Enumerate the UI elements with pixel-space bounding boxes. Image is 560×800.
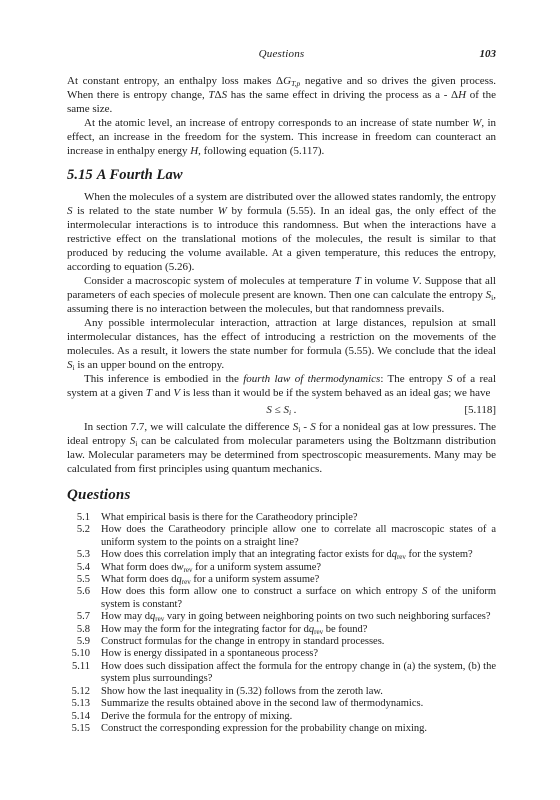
question-text: How may the form for the integrating fac…	[101, 624, 496, 636]
question-number: 5.15	[67, 723, 90, 735]
question-item: 5.10How is energy dissipated in a sponta…	[67, 648, 496, 660]
question-text: Derive the formula for the entropy of mi…	[101, 711, 496, 723]
question-number: 5.3	[67, 549, 90, 561]
book-page: Questions 103 At constant entropy, an en…	[0, 0, 560, 800]
questions-list: 5.1What empirical basis is there for the…	[67, 512, 496, 735]
question-text: How does such dissipation affect the for…	[101, 661, 496, 686]
section-paragraph-1: When the molecules of a system are distr…	[67, 190, 496, 274]
question-item: 5.12Show how the last inequality in (5.3…	[67, 686, 496, 698]
question-number: 5.6	[67, 586, 90, 598]
question-text: Construct formulas for the change in ent…	[101, 636, 496, 648]
question-number: 5.13	[67, 698, 90, 710]
section-closing-paragraph: In section 7.7, we will calculate the di…	[67, 420, 496, 476]
question-item: 5.15Construct the corresponding expressi…	[67, 723, 496, 735]
question-text: Show how the last inequality in (5.32) f…	[101, 686, 496, 698]
question-item: 5.4What form does dwrev for a uniform sy…	[67, 562, 496, 574]
question-item: 5.8How may the form for the integrating …	[67, 624, 496, 636]
equation-body: S ≤ Si .	[266, 404, 296, 416]
question-text: Summarize the results obtained above in …	[101, 698, 496, 710]
intro-paragraph-1: At constant entropy, an enthalpy loss ma…	[67, 74, 496, 116]
question-item: 5.3How does this correlation imply that …	[67, 549, 496, 561]
question-number: 5.9	[67, 636, 90, 648]
running-title: Questions	[259, 48, 305, 61]
question-text: How does this correlation imply that an …	[101, 549, 496, 561]
question-item: 5.1What empirical basis is there for the…	[67, 512, 496, 524]
question-number: 5.4	[67, 562, 90, 574]
question-number: 5.7	[67, 611, 90, 623]
equation-number: [5.118]	[464, 403, 496, 417]
section-paragraph-2: Consider a macroscopic system of molecul…	[67, 274, 496, 316]
section-paragraph-4: This inference is embodied in the fourth…	[67, 372, 496, 400]
question-text: How is energy dissipated in a spontaneou…	[101, 648, 496, 660]
page-number: 103	[304, 48, 496, 61]
question-text: What form does dqrev for a uniform syste…	[101, 574, 496, 586]
running-header: Questions 103	[67, 48, 496, 61]
question-item: 5.14Derive the formula for the entropy o…	[67, 711, 496, 723]
question-number: 5.8	[67, 624, 90, 636]
question-item: 5.11How does such dissipation affect the…	[67, 661, 496, 686]
question-item: 5.7How may dqrev vary in going between n…	[67, 611, 496, 623]
question-item: 5.2How does the Caratheodory principle a…	[67, 524, 496, 549]
section-paragraph-3: Any possible intermolecular interaction,…	[67, 316, 496, 372]
question-text: Construct the corresponding expression f…	[101, 723, 496, 735]
question-number: 5.1	[67, 512, 90, 524]
question-item: 5.5What form does dqrev for a uniform sy…	[67, 574, 496, 586]
section-number: 5.15	[67, 167, 93, 183]
question-text: What empirical basis is there for the Ca…	[101, 512, 496, 524]
question-item: 5.6How does this form allow one to const…	[67, 586, 496, 611]
intro-paragraph-2: At the atomic level, an increase of entr…	[67, 116, 496, 158]
question-text: How does this form allow one to construc…	[101, 586, 496, 611]
section-title: A Fourth Law	[97, 167, 183, 183]
equation-row: S ≤ Si . [5.118]	[67, 403, 496, 417]
question-item: 5.9Construct formulas for the change in …	[67, 636, 496, 648]
questions-heading: Questions	[67, 486, 496, 505]
question-number: 5.11	[67, 661, 90, 673]
question-number: 5.10	[67, 648, 90, 660]
question-number: 5.2	[67, 524, 90, 536]
section-heading: 5.15A Fourth Law	[67, 166, 496, 184]
question-number: 5.12	[67, 686, 90, 698]
question-number: 5.5	[67, 574, 90, 586]
question-item: 5.13Summarize the results obtained above…	[67, 698, 496, 710]
question-text: How does the Caratheodory principle allo…	[101, 524, 496, 549]
question-text: What form does dwrev for a uniform syste…	[101, 562, 496, 574]
question-number: 5.14	[67, 711, 90, 723]
question-text: How may dqrev vary in going between neig…	[101, 611, 496, 623]
